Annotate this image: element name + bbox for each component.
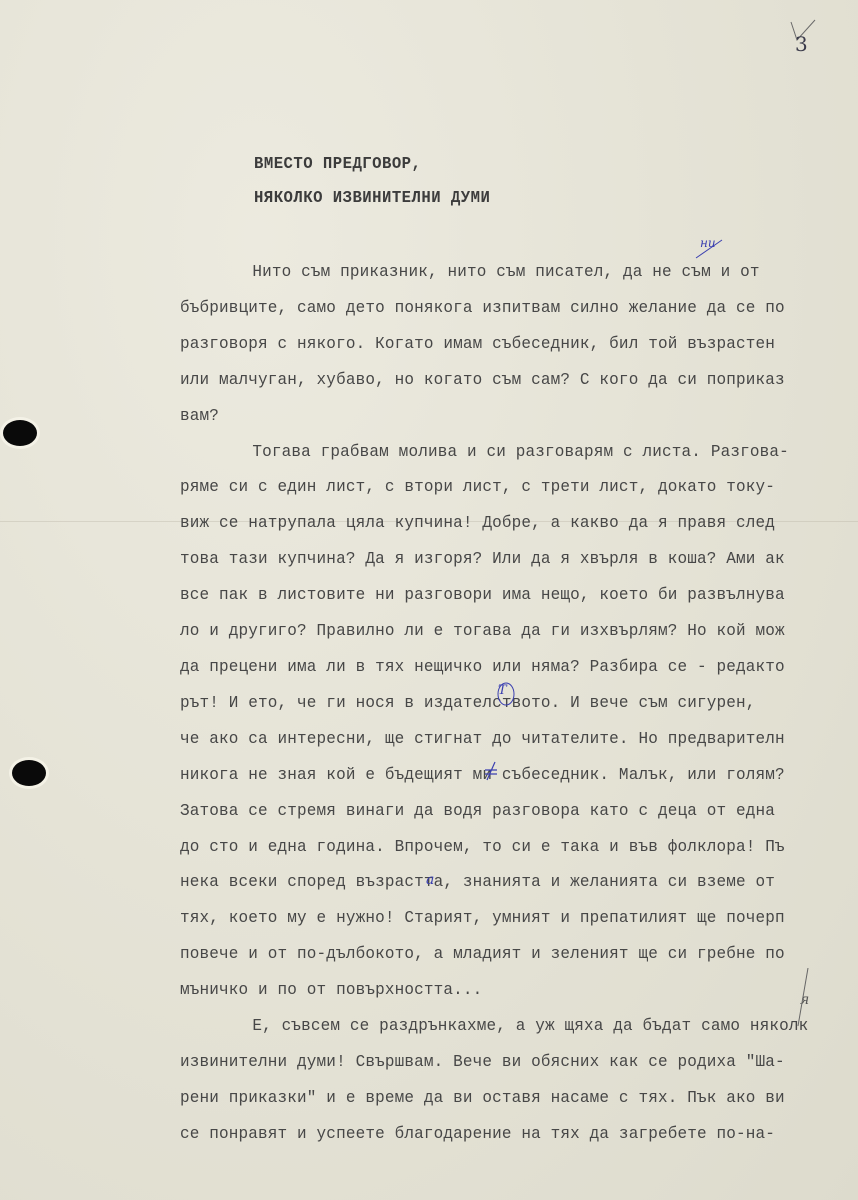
punch-hole-top [3, 420, 37, 446]
text-line: виж се натрупала цяла купчина! Добре, а … [180, 505, 846, 541]
punch-hole-bottom [12, 760, 46, 786]
title-line-1: ВМЕСТО ПРЕДГОВОР, [254, 148, 490, 182]
pen-stroke-icon [694, 238, 724, 260]
text-line: или малчуган, хубаво, но когато съм сам?… [180, 362, 846, 398]
text-line: ряме си с един лист, с втори лист, с тре… [180, 469, 846, 505]
text-line: че ако са интересни, ще стигнат до читат… [180, 721, 846, 757]
text-line: мъничко и по от повърхността... [180, 972, 846, 1008]
text-line: все пак в листовите ни разговори има нещ… [180, 577, 846, 613]
text-line: повече и от по-дълбокото, а младият и зе… [180, 936, 846, 972]
pencil-correction-mark: я [800, 992, 809, 1008]
pen-correction-mark: ни [700, 236, 716, 250]
text-line: Тогава грабвам молива и си разговарям с … [180, 434, 846, 470]
text-line: тях, което му е нужно! Старият, умният и… [180, 900, 846, 936]
text-line: нека всеки според възрастта, знанията и … [180, 864, 846, 900]
pen-correction-mark: а [426, 872, 434, 888]
text-line: бъбривците, само дето понякога изпитвам … [180, 290, 846, 326]
text-line: ло и другиго? Правилно ли е тогава да ги… [180, 613, 846, 649]
pen-correction-mark: T [498, 683, 507, 698]
handwritten-page-number: 3 [785, 18, 825, 58]
scanned-document-page: 3 ВМЕСТО ПРЕДГОВОР, НЯКОЛКО ИЗВИНИТЕЛНИ … [0, 0, 858, 1200]
text-line: разговоря с някого. Когато имам събеседн… [180, 326, 846, 362]
text-line: да прецени има ли в тях нещичко или няма… [180, 649, 846, 685]
text-line: никога не зная кой е бъдещият ми събесед… [180, 757, 846, 793]
body-text: Нито съм приказник, нито съм писател, да… [180, 254, 858, 1152]
pen-stroke-icon [484, 760, 498, 782]
text-line: Е, съвсем се раздрънкахме, а уж щяха да … [180, 1008, 846, 1044]
text-line: вам? [180, 398, 846, 434]
pen-circle-icon [495, 681, 517, 707]
text-line: извинителни думи! Свършвам. Вече ви обяс… [180, 1044, 846, 1080]
text-line: Нито съм приказник, нито съм писател, да… [180, 254, 846, 290]
pencil-stroke-icon [794, 968, 824, 1028]
text-line: Затова се стремя винаги да водя разговор… [180, 793, 846, 829]
pen-strikeout-mark [484, 760, 498, 786]
title-line-2: НЯКОЛКО ИЗВИНИТЕЛНИ ДУМИ [254, 182, 490, 216]
text-line: това тази купчина? Да я изгоря? Или да я… [180, 541, 846, 577]
text-line: се понравят и успеете благодарение на тя… [180, 1116, 846, 1152]
text-line: рени приказки" и е време да ви оставя на… [180, 1080, 846, 1116]
document-title: ВМЕСТО ПРЕДГОВОР, НЯКОЛКО ИЗВИНИТЕЛНИ ДУ… [254, 148, 490, 216]
text-line: до сто и една година. Впрочем, то си е т… [180, 829, 846, 865]
